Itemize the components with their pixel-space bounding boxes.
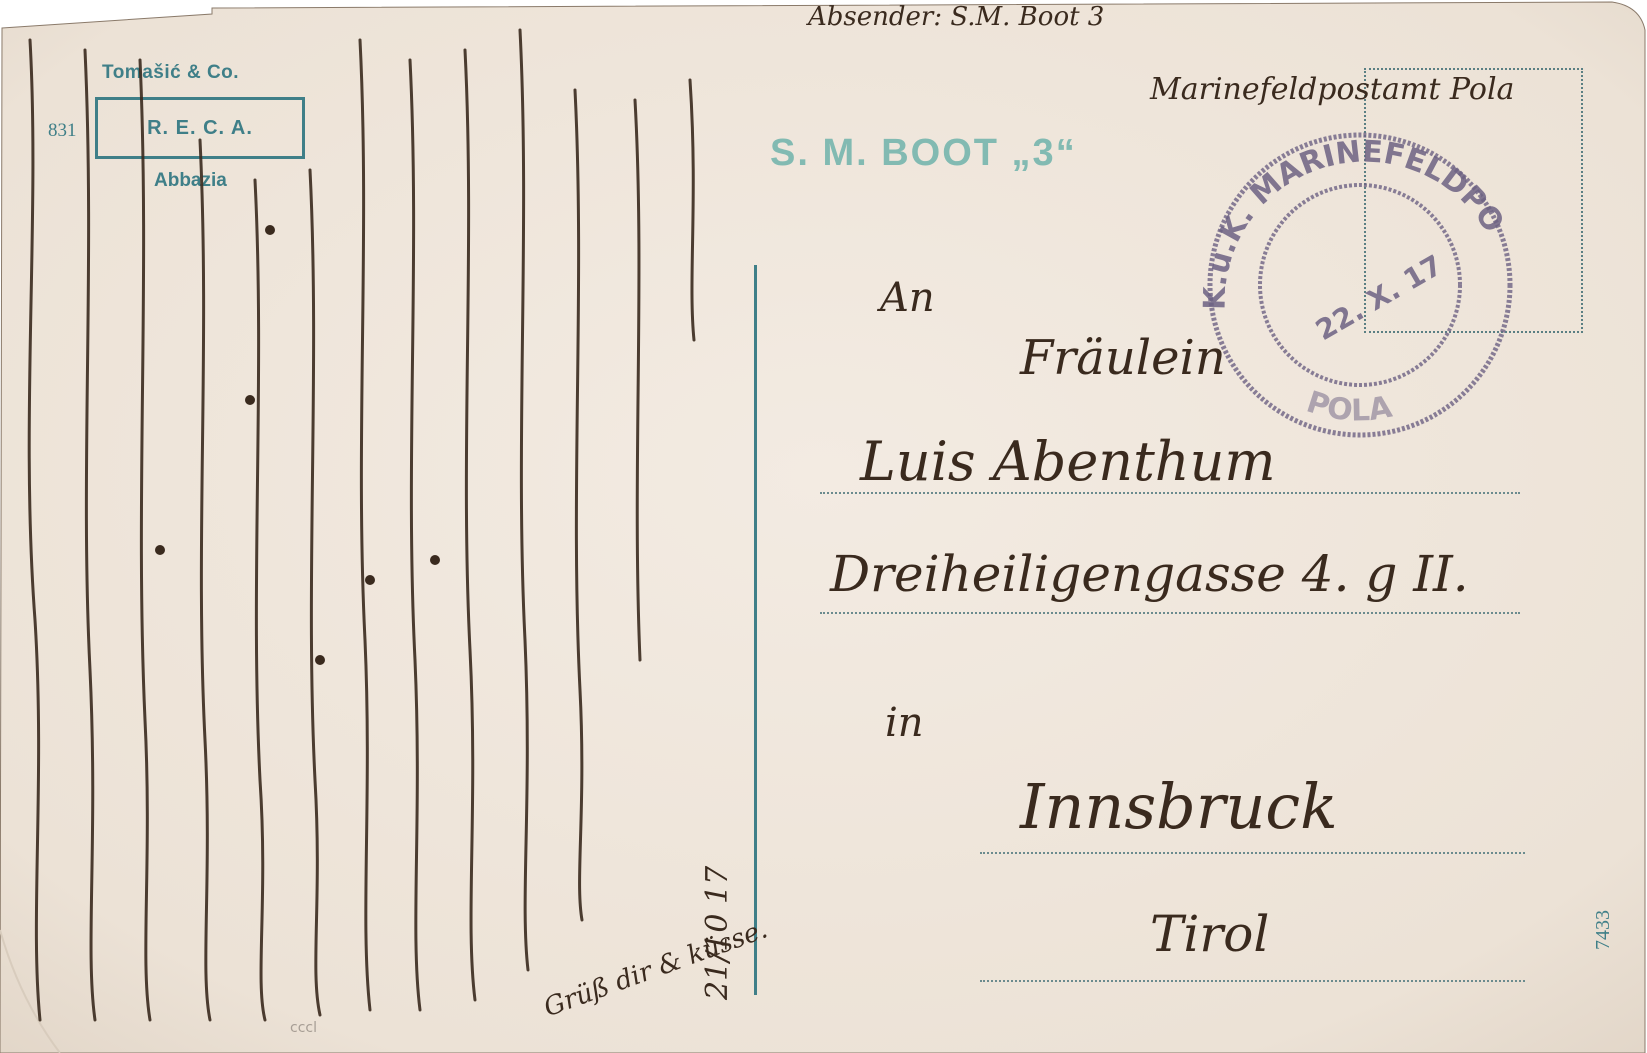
center-divider <box>754 265 757 995</box>
routing-note: Marinefeldpostamt Pola <box>1150 72 1514 107</box>
address-line-3 <box>980 852 1525 854</box>
address-name: Luis Abenthum <box>860 430 1276 493</box>
address-city: Innsbruck <box>1020 770 1338 843</box>
sender-note: Absender: S.M. Boot 3 <box>808 2 1104 32</box>
address-street: Dreiheiligengasse 4. g II. <box>830 545 1469 603</box>
postmark-outer-text: K.u.K. MARINEFELDPOSTAMT <box>1185 110 1511 310</box>
postmark-date: 22. X. 17 <box>1310 248 1448 347</box>
address-salutation: An <box>880 275 935 321</box>
address-line-2 <box>820 612 1520 614</box>
postcard: Tomašić & Co. 831 R. E. C. A. Abbazia S.… <box>0 0 1647 1053</box>
address-line-4 <box>980 980 1525 982</box>
catalog-number: 7433 <box>1592 910 1615 950</box>
address-title: Fräulein <box>1020 330 1226 386</box>
message-handwriting <box>0 20 740 1040</box>
svg-text:POLA: POLA <box>1302 385 1395 429</box>
svg-text:K.u.K. MARINEFELDPOSTAMT: K.u.K. MARINEFELDPOSTAMT <box>1185 110 1511 310</box>
postmark-cancel: K.u.K. MARINEFELDPOSTAMT POLA 22. X. 17 <box>1185 110 1545 450</box>
address-preposition: in <box>885 700 924 746</box>
ship-cachet: S. M. BOOT „3“ <box>770 132 1077 175</box>
postmark-lower-text: POLA <box>1302 385 1395 429</box>
address-region: Tirol <box>1150 905 1269 963</box>
